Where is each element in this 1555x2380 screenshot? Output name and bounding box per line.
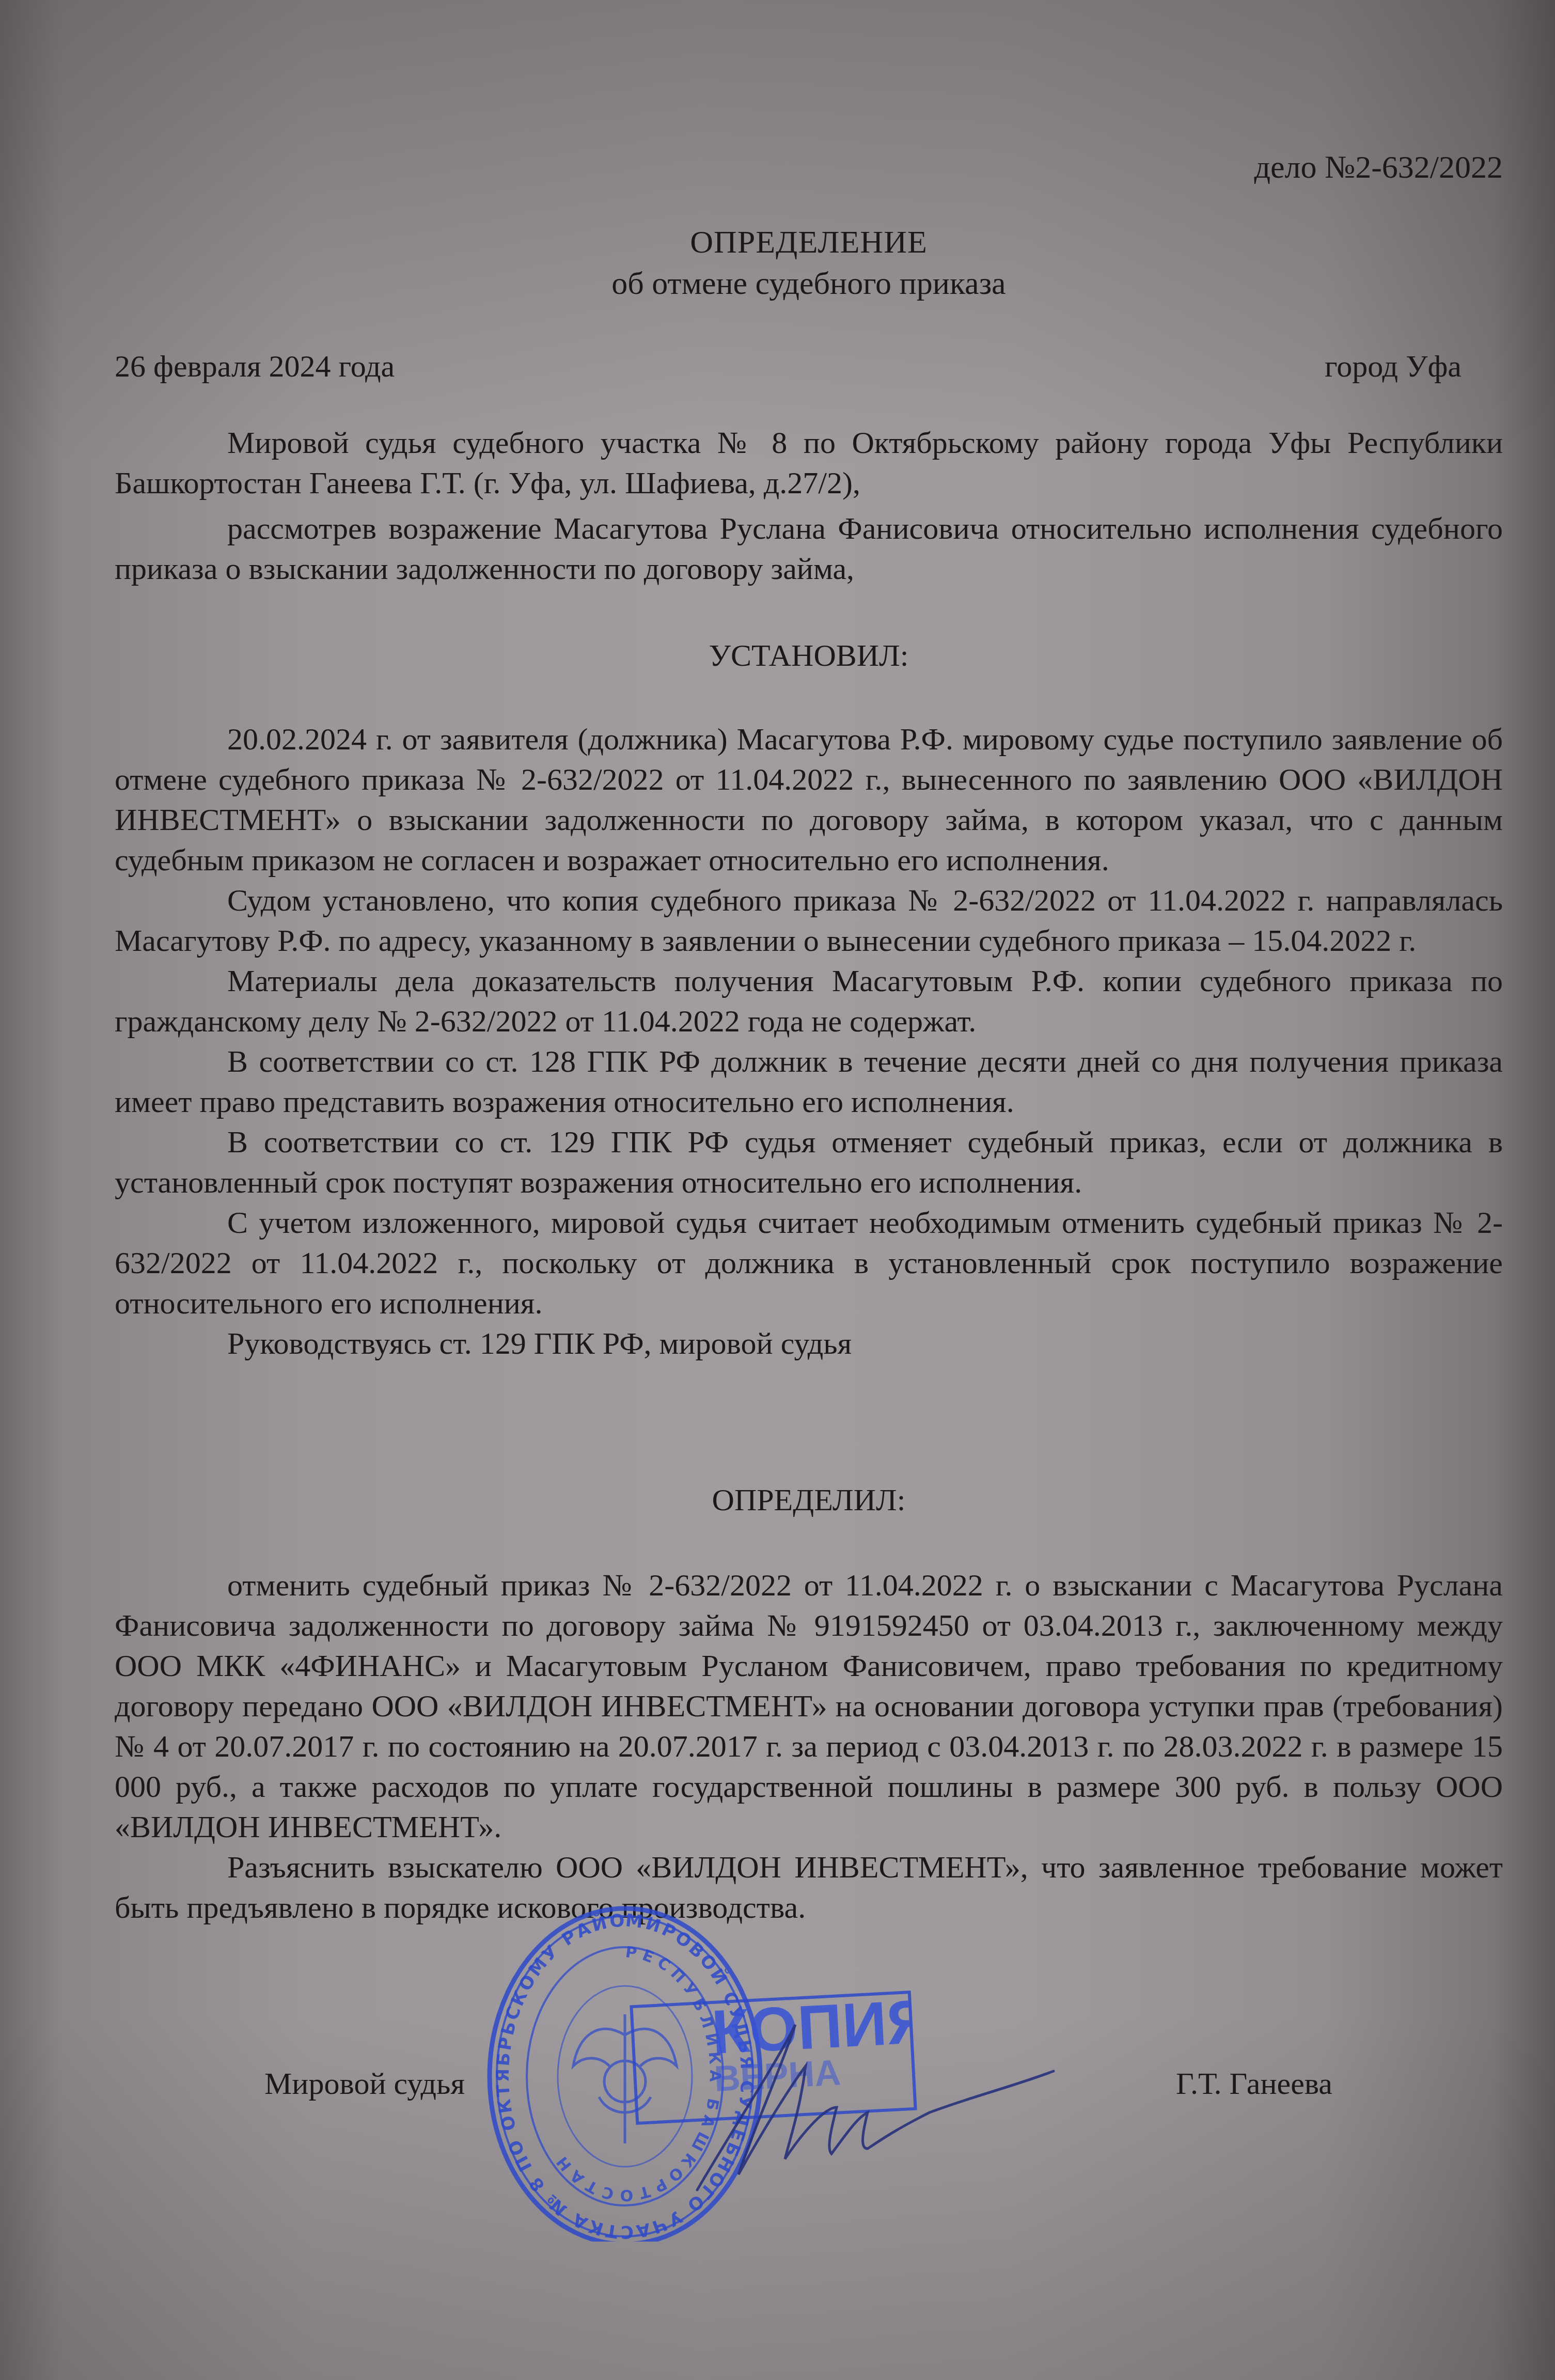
document-city: город Уфа [1325, 346, 1503, 386]
copy-certified-stamp: КОПИЯ ВЕРНА [630, 1991, 917, 2125]
established-paragraph: Материалы дела доказательств получения М… [115, 961, 1503, 1041]
established-paragraph: 20.02.2024 г. от заявителя (должника) Ма… [115, 719, 1503, 880]
document-subtitle: об отмене судебного приказа [115, 263, 1503, 304]
document-date: 26 февраля 2024 года [115, 346, 395, 386]
heading-established: УСТАНОВИЛ: [115, 635, 1503, 676]
decided-paragraph-explain: Разъяснить взыскателю ООО «ВИЛДОН ИНВЕСТ… [115, 1847, 1503, 1928]
date-place-row: 26 февраля 2024 года город Уфа [115, 346, 1503, 386]
document-title: ОПРЕДЕЛЕНИЕ [115, 222, 1503, 262]
established-paragraph: Руководствуясь ст. 129 ГПК РФ, мировой с… [115, 1323, 1503, 1364]
heading-decided: ОПРЕДЕЛИЛ: [115, 1480, 1503, 1520]
established-paragraph: Судом установлено, что копия судебного п… [115, 880, 1503, 961]
established-paragraph: С учетом изложенного, мировой судья счит… [115, 1202, 1503, 1323]
intro-paragraph-judge: Мировой судья судебного участка № 8 по О… [115, 422, 1503, 503]
copy-stamp-line2: ВЕРНА [713, 2050, 913, 2097]
established-paragraph: В соответствии со ст. 128 ГПК РФ должник… [115, 1041, 1503, 1122]
decided-paragraph-cancel: отменить судебный приказ № 2-632/2022 от… [115, 1565, 1503, 1847]
decided-block: отменить судебный приказ № 2-632/2022 от… [115, 1565, 1503, 1928]
intro-block: Мировой судья судебного участка № 8 по О… [115, 422, 1503, 589]
case-number: дело №2-632/2022 [1254, 147, 1503, 187]
established-block: 20.02.2024 г. от заявителя (должника) Ма… [115, 719, 1503, 1364]
established-paragraph: В соответствии со ст. 129 ГПК РФ судья о… [115, 1122, 1503, 1202]
signature-name: Г.Т. Ганеева [1176, 2063, 1332, 2104]
copy-stamp-line1: КОПИЯ [710, 1994, 910, 2061]
signature-role: Мировой судья [264, 2063, 465, 2104]
intro-paragraph-considered: рассмотрев возражение Масагутова Руслана… [115, 508, 1503, 589]
